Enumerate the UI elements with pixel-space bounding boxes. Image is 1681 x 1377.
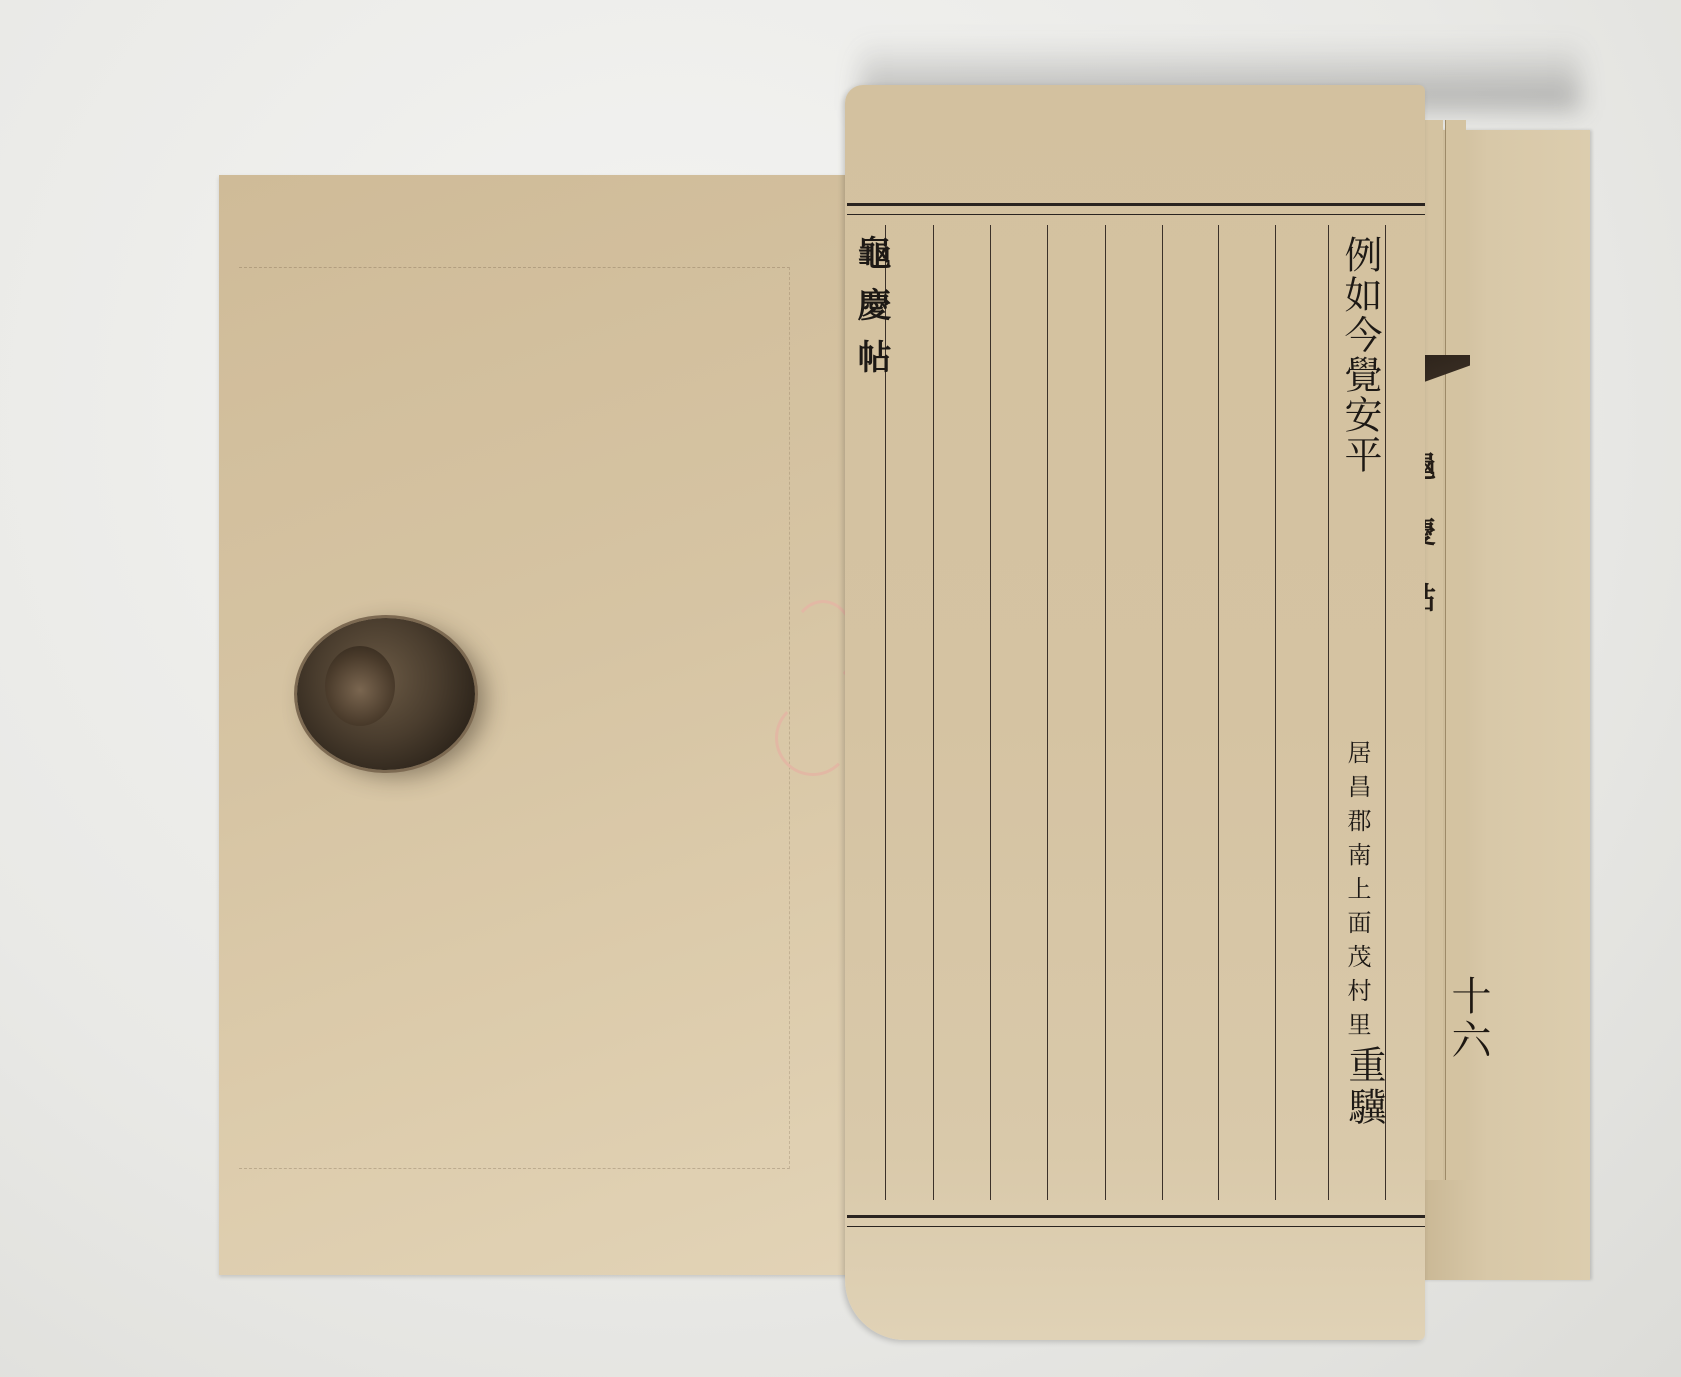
gutter-title: 龜慶帖 <box>847 235 896 391</box>
letter-heading: 例如今覺安平 <box>1333 235 1388 475</box>
column-rule <box>990 225 991 1200</box>
sender-address: 居昌郡南上面茂村里 <box>1340 740 1375 1046</box>
bottom-border-rule <box>847 1215 1425 1227</box>
behind-page-number: 十六 <box>1440 975 1497 1063</box>
bronze-weight <box>297 618 475 770</box>
column-rule <box>1218 225 1219 1200</box>
sender-name: 重驥 <box>1337 1045 1392 1129</box>
right-page: 龜慶帖 例如今覺安平 居昌郡南上面茂村里 重驥 <box>845 85 1425 1340</box>
column-rule <box>1162 225 1163 1200</box>
top-border-rule <box>847 203 1425 215</box>
column-rule <box>1328 225 1329 1200</box>
column-rule <box>1275 225 1276 1200</box>
column-rule <box>1047 225 1048 1200</box>
column-rule <box>1105 225 1106 1200</box>
weight-knob <box>325 646 395 726</box>
column-rule <box>933 225 934 1200</box>
binding-cord <box>775 700 851 776</box>
